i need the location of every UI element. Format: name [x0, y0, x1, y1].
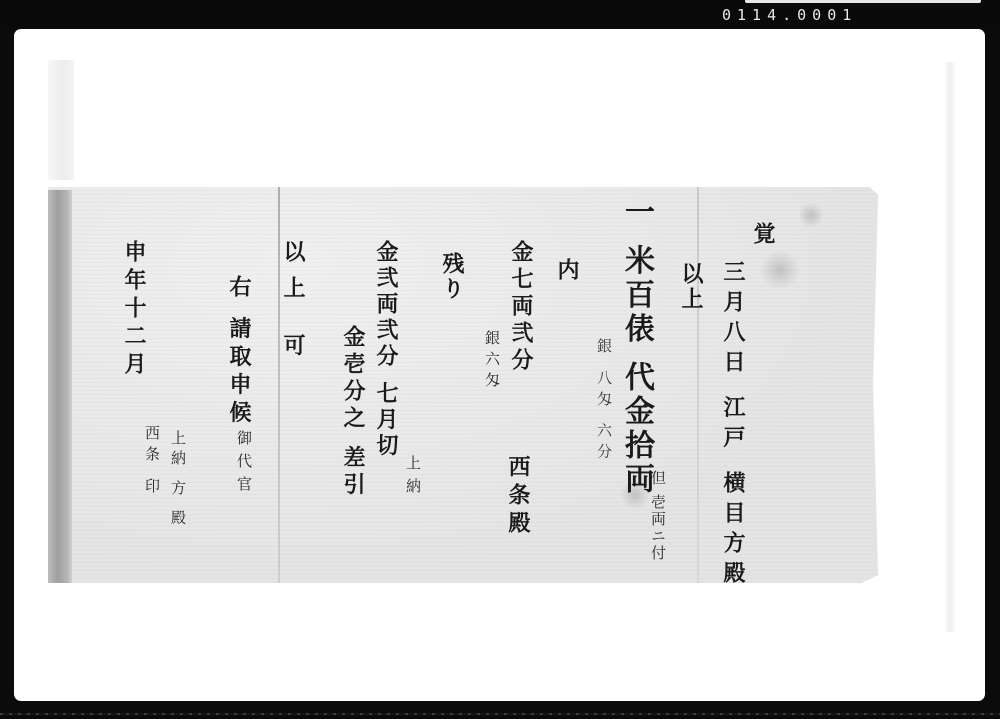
text-column: 残り: [441, 252, 463, 302]
paper-fold-line: [697, 187, 699, 583]
text-column: 西条 印: [144, 425, 159, 499]
text-column: 以上: [680, 262, 702, 312]
text-column: 銀六匁: [484, 330, 499, 393]
film-frame-tab: [745, 0, 981, 3]
text-column: 以上 可: [282, 240, 304, 370]
text-column: 御代官: [236, 430, 251, 499]
text-column: 西条殿: [507, 455, 529, 539]
mount-shadow-left: [48, 60, 74, 180]
text-column: 上納: [405, 455, 420, 501]
text-column: 右 請取申候: [228, 275, 250, 429]
film-sprocket-edge: [0, 713, 1000, 715]
text-column: 一 米百俵 代金拾両: [621, 196, 651, 497]
text-column: 覚: [752, 222, 774, 247]
text-column: 内: [556, 258, 578, 283]
text-column: 申年十二月: [123, 240, 145, 380]
text-column: 但 壱両ニ付: [650, 470, 665, 562]
paper-stain: [800, 200, 822, 230]
binding-strip: [48, 190, 72, 583]
text-column: 銀 八匁 六分: [596, 338, 611, 465]
frame-code-label: 0114.0001: [722, 6, 857, 24]
mount-shadow-right: [945, 62, 955, 632]
text-column: 金壱分之 差引: [342, 325, 364, 500]
paper-stain: [760, 250, 800, 290]
text-column: 上納 方 殿: [170, 430, 185, 530]
text-column: 金弐両弐分 七月切: [375, 240, 397, 460]
text-column: 三月八日 江戸 横目方殿: [722, 260, 744, 591]
text-column: 金七両弐分: [510, 240, 532, 375]
film-strip-bottom: [0, 702, 1000, 719]
